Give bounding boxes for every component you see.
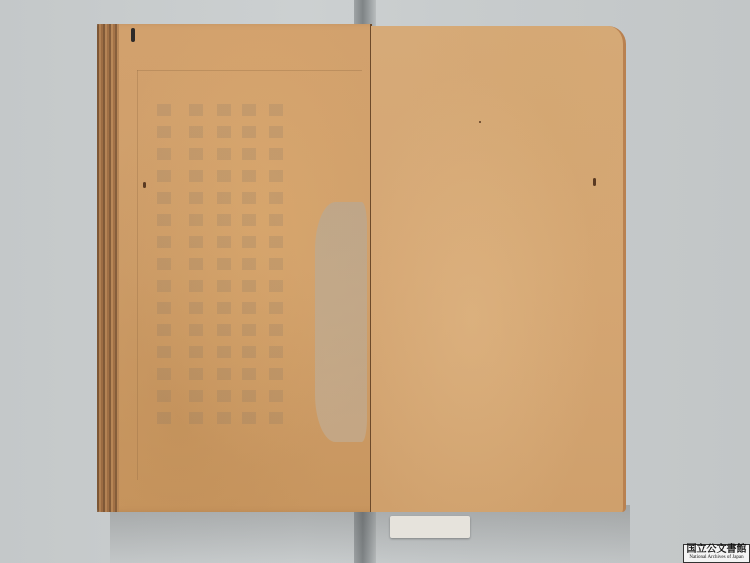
page-frame-top [137,70,362,71]
bleed-through-column [242,104,256,434]
stain [479,121,481,123]
bleed-through-column [217,104,231,434]
bleed-through-column [189,104,203,434]
bleed-through-column [157,104,171,434]
bleed-through-column [269,104,283,434]
watermark-japanese: 国立公文書館 [684,545,749,555]
stain [593,178,596,186]
right-page [371,26,626,512]
shelf-label [390,516,470,538]
left-page [97,24,371,512]
stain [143,182,146,188]
archive-watermark: 国立公文書館 National Archives of Japan [683,544,750,563]
corner-mark [131,28,135,42]
page-edge-stack [97,24,119,512]
page-frame-left [137,70,138,480]
open-book [97,22,629,516]
paper-repair-patch [315,202,367,442]
watermark-english: National Archives of Japan [684,555,749,561]
